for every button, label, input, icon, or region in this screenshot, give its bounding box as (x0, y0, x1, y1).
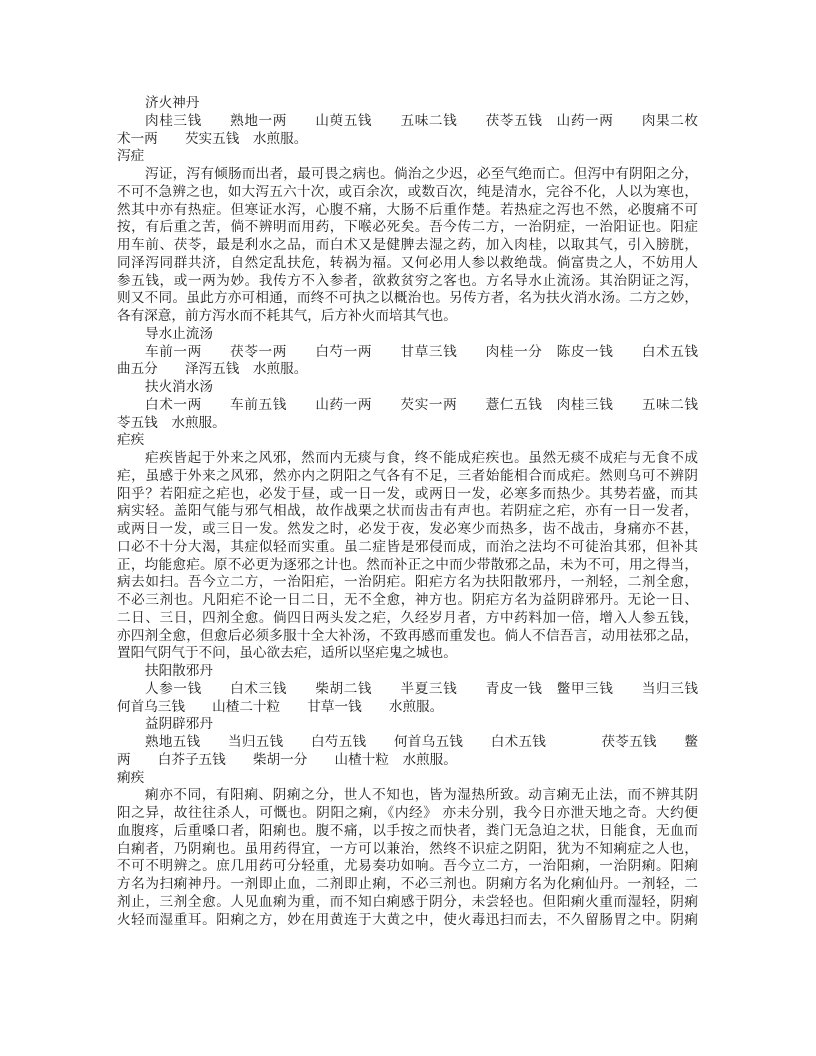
document-page: 济火神丹 肉桂三钱 熟地一两 山萸五钱 五味二钱 茯苓五钱 山药一两 肉果二枚 … (117, 95, 698, 929)
paragraph-line: 不必三剂也。凡阳疟不论一日二日，无不全愈，神方也。阴疟方名为益阴辟邪丹。无论一日… (117, 592, 698, 610)
recipe-ingredients-cont: 曲五分 泽泻五钱 水煎服。 (117, 361, 698, 379)
paragraph-line: 然其中亦有热症。但寒证水泻，心腹不痛，大肠不后重作楚。若热症之泻也不然，必腹痛不… (117, 202, 698, 220)
recipe-ingredients: 人参一钱 白术三钱 柴胡二钱 半夏三钱 青皮一钱 鳖甲三钱 当归三钱 生 (117, 681, 698, 699)
paragraph-line: 血腹疼，后重嗓口者，阳痢也。腹不痛，以手按之而快者，粪门无急迫之状，日能食，无血… (117, 823, 698, 841)
paragraph-line: 病实轻。盖阳气能与邪气相战，故作战栗之状而齿击有声也。若阴症之疟，亦有一日一发者… (117, 503, 698, 521)
recipe-ingredients: 肉桂三钱 熟地一两 山萸五钱 五味二钱 茯苓五钱 山药一两 肉果二枚 白 (117, 113, 698, 131)
paragraph-line: 正，均能愈疟。原不必更为逐邪之计也。然而补正之中而少带散邪之品，未为不可，用之得… (117, 557, 698, 575)
recipe-ingredients-cont: 何首乌三钱 山楂二十粒 甘草一钱 水煎服。 (117, 699, 698, 717)
section-nueji: 疟疾 疟疾皆起于外来之风邪，然而内无痰与食，终不能成疟疾也。虽然无痰不成疟与无食… (117, 432, 698, 769)
section-liji: 痢疾 痢亦不同，有阳痢、阴痢之分，世人不知也，皆为湿热所致。动言痢无止法，而不辨… (117, 770, 698, 930)
paragraph-line: 参五钱，或一两为妙。我传方不入参者，欲救贫穷之客也。方名导水止流汤。其治阴证之泻… (117, 273, 698, 291)
paragraph-line: 不可不明辨之。庶几用药可分轻重，尤易奏功如响。吾今立二方，一治阳痢，一治阴痢。阳… (117, 858, 698, 876)
paragraph-line: 方名为扫痢神丹。一剂即止血，二剂即止痢，不必三剂也。阴痢方名为化痢仙丹。一剂轻，… (117, 876, 698, 894)
paragraph-line: 痢亦不同，有阳痢、阴痢之分，世人不知也，皆为湿热所致。动言痢无止法，而不辨其阴 (117, 787, 698, 805)
section-xiezheng: 泻症 泻证，泻有倾肠而出者，最可畏之病也。倘治之少迟，必至气绝而亡。但泻中有阴阳… (117, 148, 698, 432)
paragraph-line: 或两日一发，或三日一发。然发之时，必发于夜，发必寒少而热多，齿不战击，身痛亦不甚… (117, 521, 698, 539)
paragraph-line: 用车前、茯苓，最是利水之品，而白术又是健脾去湿之药，加入肉桂，以取其气，引入膀胱… (117, 237, 698, 255)
paragraph-line: 亦四剂全愈，但愈后必须多服十全大补汤，不致再感而重发也。倘人不信吾言，动用祛邪之… (117, 628, 698, 646)
recipe-title: 导水止流汤 (117, 326, 698, 344)
paragraph-line: 二日、三日，四剂全愈。倘四日两头发之疟，久经岁月者，方中药料加一倍，增入人参五钱… (117, 610, 698, 628)
paragraph-line: 同泽泻同群共济，自然定乱扶危，转祸为福。又何必用人参以救绝哉。倘富贵之人，不妨用… (117, 255, 698, 273)
recipe-title: 益阴辟邪丹 (117, 716, 698, 734)
paragraph-line: 白痢者，乃阴痢也。虽用药得宜，一方可以兼治，然终不识症之阴阳，犹为不知痢症之人也… (117, 841, 698, 859)
recipe-ingredients-cont: 苓五钱 水煎服。 (117, 415, 698, 433)
paragraph-line: 口必不十分大渴，其症似轻而实重。虽二症皆是邪侵而成，而治之法均不可徒治其邪，但补… (117, 539, 698, 557)
paragraph-line: 疟，虽感于外来之风邪，然亦内之阴阳之气各有不足，三者始能相合而成疟。然则乌可不辨… (117, 468, 698, 486)
paragraph-line: 按，有后重之苦，倘不辨明而用药，下喉必死矣。吾今传二方，一治阴症，一治阳证也。阳… (117, 219, 698, 237)
recipe-ingredients: 车前一两 茯苓一两 白芍一两 甘草三钱 肉桂一分 陈皮一钱 白术五钱 神 (117, 344, 698, 362)
paragraph-line: 疟疾皆起于外来之风邪，然而内无痰与食，终不能成疟疾也。虽然无痰不成疟与无食不成 (117, 450, 698, 468)
paragraph-line: 阳之异，故往往杀人，可慨也。阴阳之痢，《内经》 亦未分别，我今日亦泄天地之奇。大… (117, 805, 698, 823)
paragraph-line: 火轻而湿重耳。阳痢之方，妙在用黄连于大黄之中，使火毒迅扫而去，不久留肠胃之中。阴… (117, 912, 698, 930)
section-jihuo-shendan: 济火神丹 肉桂三钱 熟地一两 山萸五钱 五味二钱 茯苓五钱 山药一两 肉果二枚 … (117, 95, 698, 148)
paragraph-line: 阳乎？若阳症之疟也，必发于昼，或一日一发，或两日一发，必寒多而热少。其势若盛，而… (117, 486, 698, 504)
recipe-ingredients-cont: 两 白芥子五钱 柴胡一分 山楂十粒 水煎服。 (117, 752, 698, 770)
paragraph-line: 剂止，三剂全愈。人见血痢为重，而不知白痢感于阴分，未尝轻也。但阳痢火重而湿轻，阴… (117, 894, 698, 912)
paragraph-line: 泻证，泻有倾肠而出者，最可畏之病也。倘治之少迟，必至气绝而亡。但泻中有阴阳之分， (117, 166, 698, 184)
recipe-ingredients: 熟地五钱 当归五钱 白芍五钱 何首乌五钱 白术五钱 茯苓五钱 鳖甲一 (117, 734, 698, 752)
recipe-ingredients-cont: 术一两 芡实五钱 水煎服。 (117, 131, 698, 149)
paragraph-line: 则又不同。虽此方亦可相通，而终不可执之以概治也。另传方者，名为扶火消水汤。二方之… (117, 290, 698, 308)
section-heading: 痢疾 (117, 770, 698, 788)
paragraph-line: 不可不急辨之也，如大泻五六十次，或百余次，或数百次，纯是清水，完谷不化，人以为寒… (117, 184, 698, 202)
paragraph-line: 各有深意，前方泻水而不耗其气，后方补火而培其气也。 (117, 308, 698, 326)
recipe-ingredients: 白术一两 车前五钱 山药一两 芡实一两 薏仁五钱 肉桂三钱 五味二钱 茯 (117, 397, 698, 415)
recipe-title: 扶火消水汤 (117, 379, 698, 397)
recipe-title: 扶阳散邪丹 (117, 663, 698, 681)
section-heading: 泻症 (117, 148, 698, 166)
section-heading: 疟疾 (117, 432, 698, 450)
paragraph-line: 病去如扫。吾今立二方，一治阳疟，一治阴疟。阳疟方名为扶阳散邪丹，一剂轻，二剂全愈… (117, 574, 698, 592)
recipe-title: 济火神丹 (117, 95, 698, 113)
paragraph-line: 置阳气阴气于不问，虽心欲去疟，适所以坚疟鬼之城也。 (117, 645, 698, 663)
